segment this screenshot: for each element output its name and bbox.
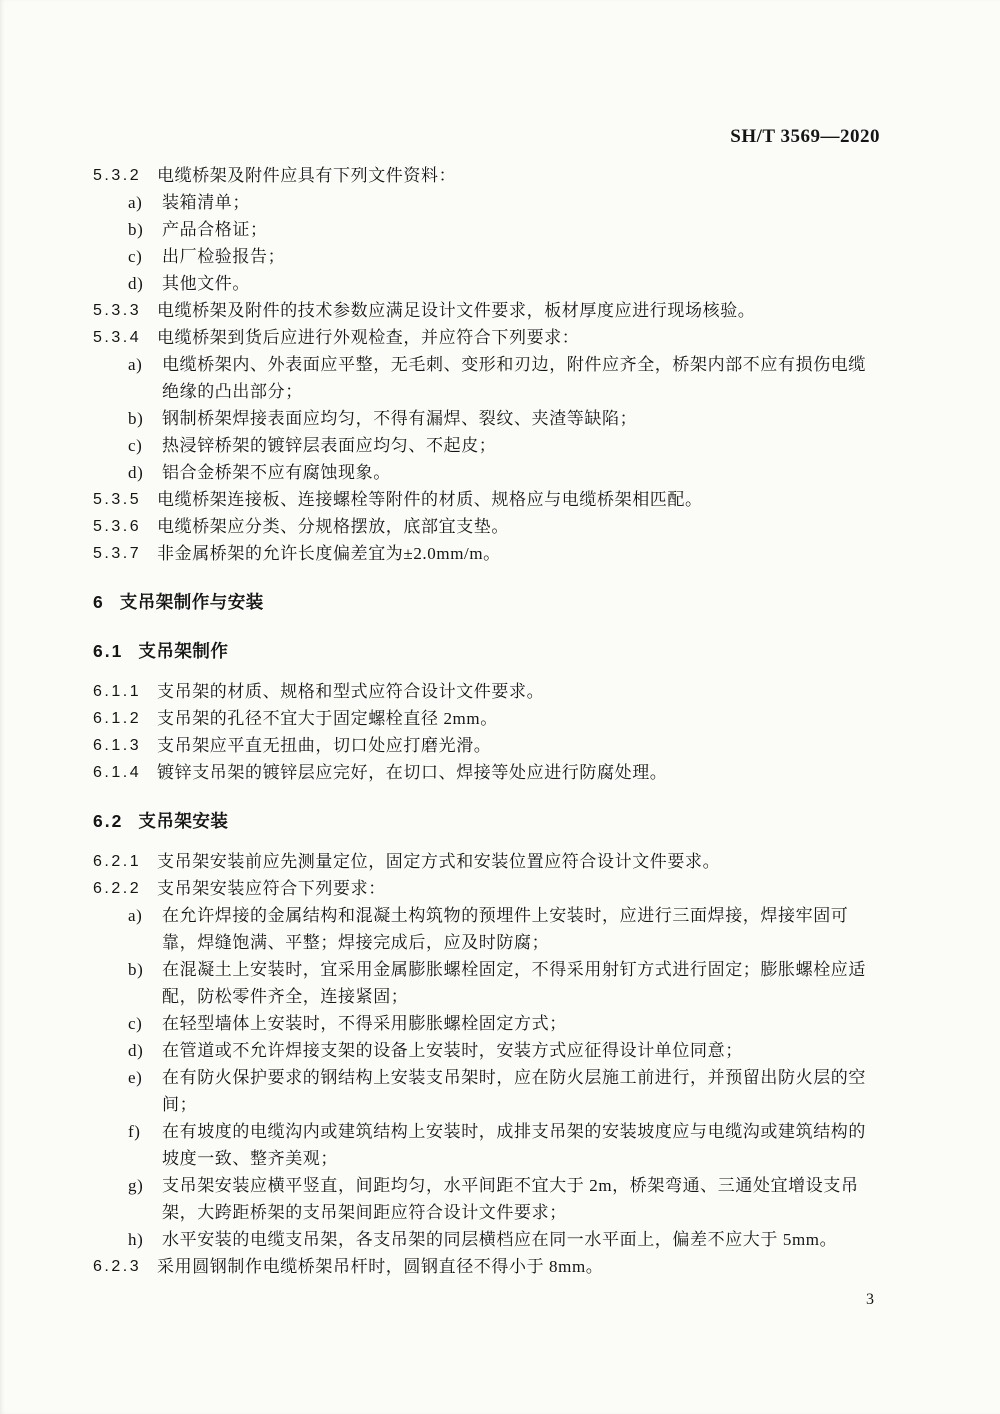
list-item: e) 在有防火保护要求的钢结构上安装支吊架时，应在防火层施工前进行，并预留出防火…: [93, 1064, 882, 1118]
list-item-label: a): [128, 351, 162, 405]
list-item-text: 产品合格证；: [162, 216, 882, 243]
list-item-label: c): [128, 1010, 162, 1037]
list-item-text: 在轻型墙体上安装时，不得采用膨胀螺栓固定方式；: [162, 1010, 882, 1037]
clause-6-1-4: 6.1.4 镀锌支吊架的镀锌层应完好，在切口、焊接等处应进行防腐处理。: [93, 759, 882, 786]
clause-6-1-3: 6.1.3 支吊架应平直无扭曲，切口处应打磨光滑。: [93, 732, 882, 759]
document-page: SH/T 3569—2020 5.3.2 电缆桥架及附件应具有下列文件资料： a…: [0, 0, 1000, 1414]
heading-title: 支吊架制作: [138, 638, 228, 665]
list-item-text: 电缆桥架内、外表面应平整，无毛刺、变形和刃边，附件应齐全，桥架内部不应有损伤电缆…: [162, 351, 882, 405]
clause-text: 电缆桥架到货后应进行外观检查，并应符合下列要求：: [157, 324, 882, 351]
clause-number: 6.1.4: [93, 759, 157, 786]
list-item-text: 支吊架安装应横平竖直，间距均匀，水平间距不宜大于 2m，桥架弯通、三通处宜增设支…: [162, 1172, 882, 1226]
list-item: c) 出厂检验报告；: [93, 243, 882, 270]
clause-text: 电缆桥架及附件应具有下列文件资料：: [157, 162, 882, 189]
list-item-text: 在有坡度的电缆沟内或建筑结构上安装时，成排支吊架的安装坡度应与电缆沟或建筑结构的…: [162, 1118, 882, 1172]
section-6-heading: 6 支吊架制作与安装: [93, 589, 882, 616]
clause-text: 镀锌支吊架的镀锌层应完好，在切口、焊接等处应进行防腐处理。: [157, 759, 882, 786]
clause-5-3-4: 5.3.4 电缆桥架到货后应进行外观检查，并应符合下列要求：: [93, 324, 882, 351]
clause-text: 采用圆钢制作电缆桥架吊杆时，圆钢直径不得小于 8mm。: [157, 1253, 882, 1280]
clause-5-3-3: 5.3.3 电缆桥架及附件的技术参数应满足设计文件要求，板材厚度应进行现场核验。: [93, 297, 882, 324]
heading-number: 6.2: [93, 808, 123, 835]
list-item-label: b): [128, 216, 162, 243]
list-item-label: g): [128, 1172, 162, 1226]
clause-5-3-7: 5.3.7 非金属桥架的允许长度偏差宜为±2.0mm/m。: [93, 540, 882, 567]
list-item-text: 在混凝土上安装时，宜采用金属膨胀螺栓固定，不得采用射钉方式进行固定；膨胀螺栓应适…: [162, 956, 882, 1010]
clause-6-2-2: 6.2.2 支吊架安装应符合下列要求：: [93, 875, 882, 902]
clause-6-2-3: 6.2.3 采用圆钢制作电缆桥架吊杆时，圆钢直径不得小于 8mm。: [93, 1253, 882, 1280]
list-item-text: 装箱清单；: [162, 189, 882, 216]
clause-text: 支吊架的孔径不宜大于固定螺栓直径 2mm。: [157, 705, 882, 732]
clause-number: 5.3.2: [93, 162, 157, 189]
list-item: g) 支吊架安装应横平竖直，间距均匀，水平间距不宜大于 2m，桥架弯通、三通处宜…: [93, 1172, 882, 1226]
clause-5-3-5: 5.3.5 电缆桥架连接板、连接螺栓等附件的材质、规格应与电缆桥架相匹配。: [93, 486, 882, 513]
list-item-label: c): [128, 243, 162, 270]
list-item: b) 钢制桥架焊接表面应均匀，不得有漏焊、裂纹、夹渣等缺陷；: [93, 405, 882, 432]
clause-text: 支吊架安装前应先测量定位，固定方式和安装位置应符合设计文件要求。: [157, 848, 882, 875]
list-item-text: 在允许焊接的金属结构和混凝土构筑物的预埋件上安装时，应进行三面焊接，焊接牢固可靠…: [162, 902, 882, 956]
heading-title: 支吊架制作与安装: [120, 589, 264, 616]
list-item: c) 热浸锌桥架的镀锌层表面应均匀、不起皮；: [93, 432, 882, 459]
clause-number: 6.1.2: [93, 705, 157, 732]
clause-text: 电缆桥架连接板、连接螺栓等附件的材质、规格应与电缆桥架相匹配。: [157, 486, 882, 513]
list-item-label: c): [128, 432, 162, 459]
list-item-text: 在管道或不允许焊接支架的设备上安装时，安装方式应征得设计单位同意；: [162, 1037, 882, 1064]
list-item-label: f): [128, 1118, 162, 1172]
list-item: c) 在轻型墙体上安装时，不得采用膨胀螺栓固定方式；: [93, 1010, 882, 1037]
list-item-text: 在有防火保护要求的钢结构上安装支吊架时，应在防火层施工前进行，并预留出防火层的空…: [162, 1064, 882, 1118]
clause-number: 6.2.3: [93, 1253, 157, 1280]
clause-6-1-1: 6.1.1 支吊架的材质、规格和型式应符合设计文件要求。: [93, 678, 882, 705]
list-item: f) 在有坡度的电缆沟内或建筑结构上安装时，成排支吊架的安装坡度应与电缆沟或建筑…: [93, 1118, 882, 1172]
standard-code-header: SH/T 3569—2020: [93, 123, 882, 150]
clause-5-3-2: 5.3.2 电缆桥架及附件应具有下列文件资料：: [93, 162, 882, 189]
clause-5-3-6: 5.3.6 电缆桥架应分类、分规格摆放，底部宜支垫。: [93, 513, 882, 540]
clause-6-2-1: 6.2.1 支吊架安装前应先测量定位，固定方式和安装位置应符合设计文件要求。: [93, 848, 882, 875]
list-item-text: 其他文件。: [162, 270, 882, 297]
section-6-2-heading: 6.2 支吊架安装: [93, 808, 882, 835]
clause-number: 5.3.7: [93, 540, 157, 567]
page-content: SH/T 3569—2020 5.3.2 电缆桥架及附件应具有下列文件资料： a…: [0, 0, 1000, 1280]
list-item-label: e): [128, 1064, 162, 1118]
list-item: d) 在管道或不允许焊接支架的设备上安装时，安装方式应征得设计单位同意；: [93, 1037, 882, 1064]
list-item: d) 其他文件。: [93, 270, 882, 297]
list-item-label: d): [128, 459, 162, 486]
list-item: a) 在允许焊接的金属结构和混凝土构筑物的预埋件上安装时，应进行三面焊接，焊接牢…: [93, 902, 882, 956]
clause-number: 5.3.5: [93, 486, 157, 513]
clause-number: 5.3.6: [93, 513, 157, 540]
list-item: a) 电缆桥架内、外表面应平整，无毛刺、变形和刃边，附件应齐全，桥架内部不应有损…: [93, 351, 882, 405]
list-item: d) 铝合金桥架不应有腐蚀现象。: [93, 459, 882, 486]
clause-text: 电缆桥架及附件的技术参数应满足设计文件要求，板材厚度应进行现场核验。: [157, 297, 882, 324]
clause-text: 支吊架应平直无扭曲，切口处应打磨光滑。: [157, 732, 882, 759]
heading-number: 6: [93, 589, 105, 616]
clause-text: 非金属桥架的允许长度偏差宜为±2.0mm/m。: [157, 540, 882, 567]
clause-number: 5.3.3: [93, 297, 157, 324]
list-item: b) 在混凝土上安装时，宜采用金属膨胀螺栓固定，不得采用射钉方式进行固定；膨胀螺…: [93, 956, 882, 1010]
list-item: h) 水平安装的电缆支吊架，各支吊架的同层横档应在同一水平面上，偏差不应大于 5…: [93, 1226, 882, 1253]
list-item-label: b): [128, 405, 162, 432]
list-item-label: b): [128, 956, 162, 1010]
clause-text: 电缆桥架应分类、分规格摆放，底部宜支垫。: [157, 513, 882, 540]
list-item-label: a): [128, 902, 162, 956]
list-item-text: 钢制桥架焊接表面应均匀，不得有漏焊、裂纹、夹渣等缺陷；: [162, 405, 882, 432]
list-item-text: 铝合金桥架不应有腐蚀现象。: [162, 459, 882, 486]
clause-6-1-2: 6.1.2 支吊架的孔径不宜大于固定螺栓直径 2mm。: [93, 705, 882, 732]
section-6-1-heading: 6.1 支吊架制作: [93, 638, 882, 665]
heading-title: 支吊架安装: [138, 808, 228, 835]
heading-number: 6.1: [93, 638, 123, 665]
list-item-text: 热浸锌桥架的镀锌层表面应均匀、不起皮；: [162, 432, 882, 459]
clause-number: 5.3.4: [93, 324, 157, 351]
list-item-label: h): [128, 1226, 162, 1253]
clause-number: 6.2.1: [93, 848, 157, 875]
page-number: 3: [866, 1290, 874, 1310]
clause-number: 6.2.2: [93, 875, 157, 902]
list-item-text: 出厂检验报告；: [162, 243, 882, 270]
clause-text: 支吊架安装应符合下列要求：: [157, 875, 882, 902]
list-item-label: d): [128, 270, 162, 297]
list-item: b) 产品合格证；: [93, 216, 882, 243]
list-item-label: d): [128, 1037, 162, 1064]
list-item-text: 水平安装的电缆支吊架，各支吊架的同层横档应在同一水平面上，偏差不应大于 5mm。: [162, 1226, 882, 1253]
list-item-label: a): [128, 189, 162, 216]
clause-text: 支吊架的材质、规格和型式应符合设计文件要求。: [157, 678, 882, 705]
list-item: a) 装箱清单；: [93, 189, 882, 216]
clause-number: 6.1.1: [93, 678, 157, 705]
clause-number: 6.1.3: [93, 732, 157, 759]
